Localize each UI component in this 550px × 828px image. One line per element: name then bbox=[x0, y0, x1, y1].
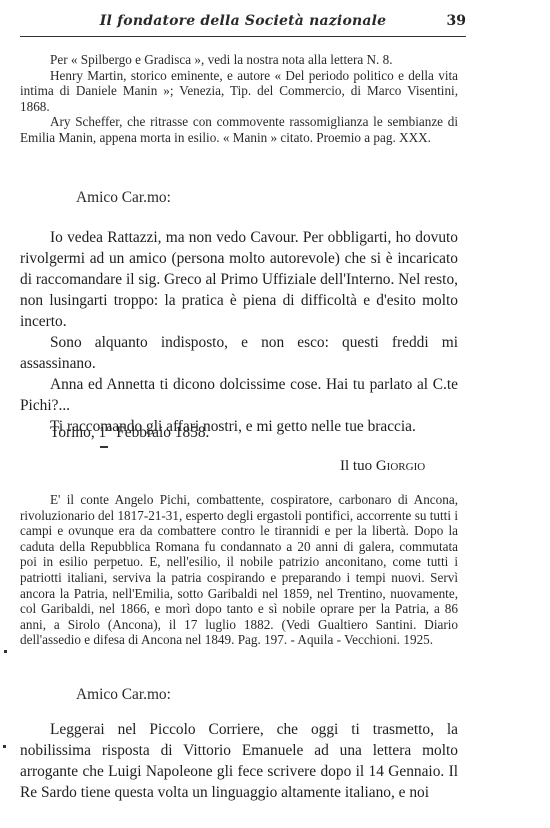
footnote-pichi: E' il conte Angelo Pichi, combattente, c… bbox=[20, 492, 458, 648]
scan-speck bbox=[100, 446, 108, 448]
letter-1-dateline: Torino, 1° Febbraio 1858. bbox=[50, 424, 209, 442]
note-ary-scheffer: Ary Scheffer, che ritrasse con commovent… bbox=[20, 114, 458, 145]
letter-1-signature: Il tuo Giorgio bbox=[340, 458, 425, 475]
footnotes-top: Per « Spilbergo e Gradisca », vedi la no… bbox=[20, 52, 458, 146]
note-pichi: E' il conte Angelo Pichi, combattente, c… bbox=[20, 492, 458, 648]
scan-speck bbox=[3, 745, 6, 748]
letter-1-body: Io vedea Rattazzi, ma non vedo Cavour. P… bbox=[20, 227, 458, 437]
letter-1-paragraph: Anna ed Annetta ti dicono dolcissime cos… bbox=[20, 374, 458, 416]
letter-2-body: Leggerai nel Piccolo Corriere, che oggi … bbox=[20, 719, 458, 803]
letter-2-salutation: Amico Car.mo: bbox=[76, 686, 171, 704]
signature-name: Giorgio bbox=[376, 458, 425, 474]
note-henry-martin: Henry Martin, storico eminente, e autore… bbox=[20, 68, 458, 115]
page-number: 39 bbox=[447, 13, 466, 29]
letter-1-salutation: Amico Car.mo: bbox=[76, 189, 171, 207]
note-spilbergo: Per « Spilbergo e Gradisca », vedi la no… bbox=[20, 52, 458, 68]
book-page: Il fondatore della Società nazionale 39 … bbox=[0, 0, 550, 828]
running-title: Il fondatore della Società nazionale bbox=[20, 13, 466, 29]
letter-1-paragraph: Io vedea Rattazzi, ma non vedo Cavour. P… bbox=[20, 227, 458, 332]
signature-prefix: Il tuo bbox=[340, 458, 372, 474]
running-head: Il fondatore della Società nazionale 39 bbox=[20, 10, 466, 37]
scan-speck bbox=[4, 650, 7, 653]
letter-1-paragraph: Sono alquanto indisposto, e non esco: qu… bbox=[20, 332, 458, 374]
letter-2-paragraph: Leggerai nel Piccolo Corriere, che oggi … bbox=[20, 719, 458, 803]
